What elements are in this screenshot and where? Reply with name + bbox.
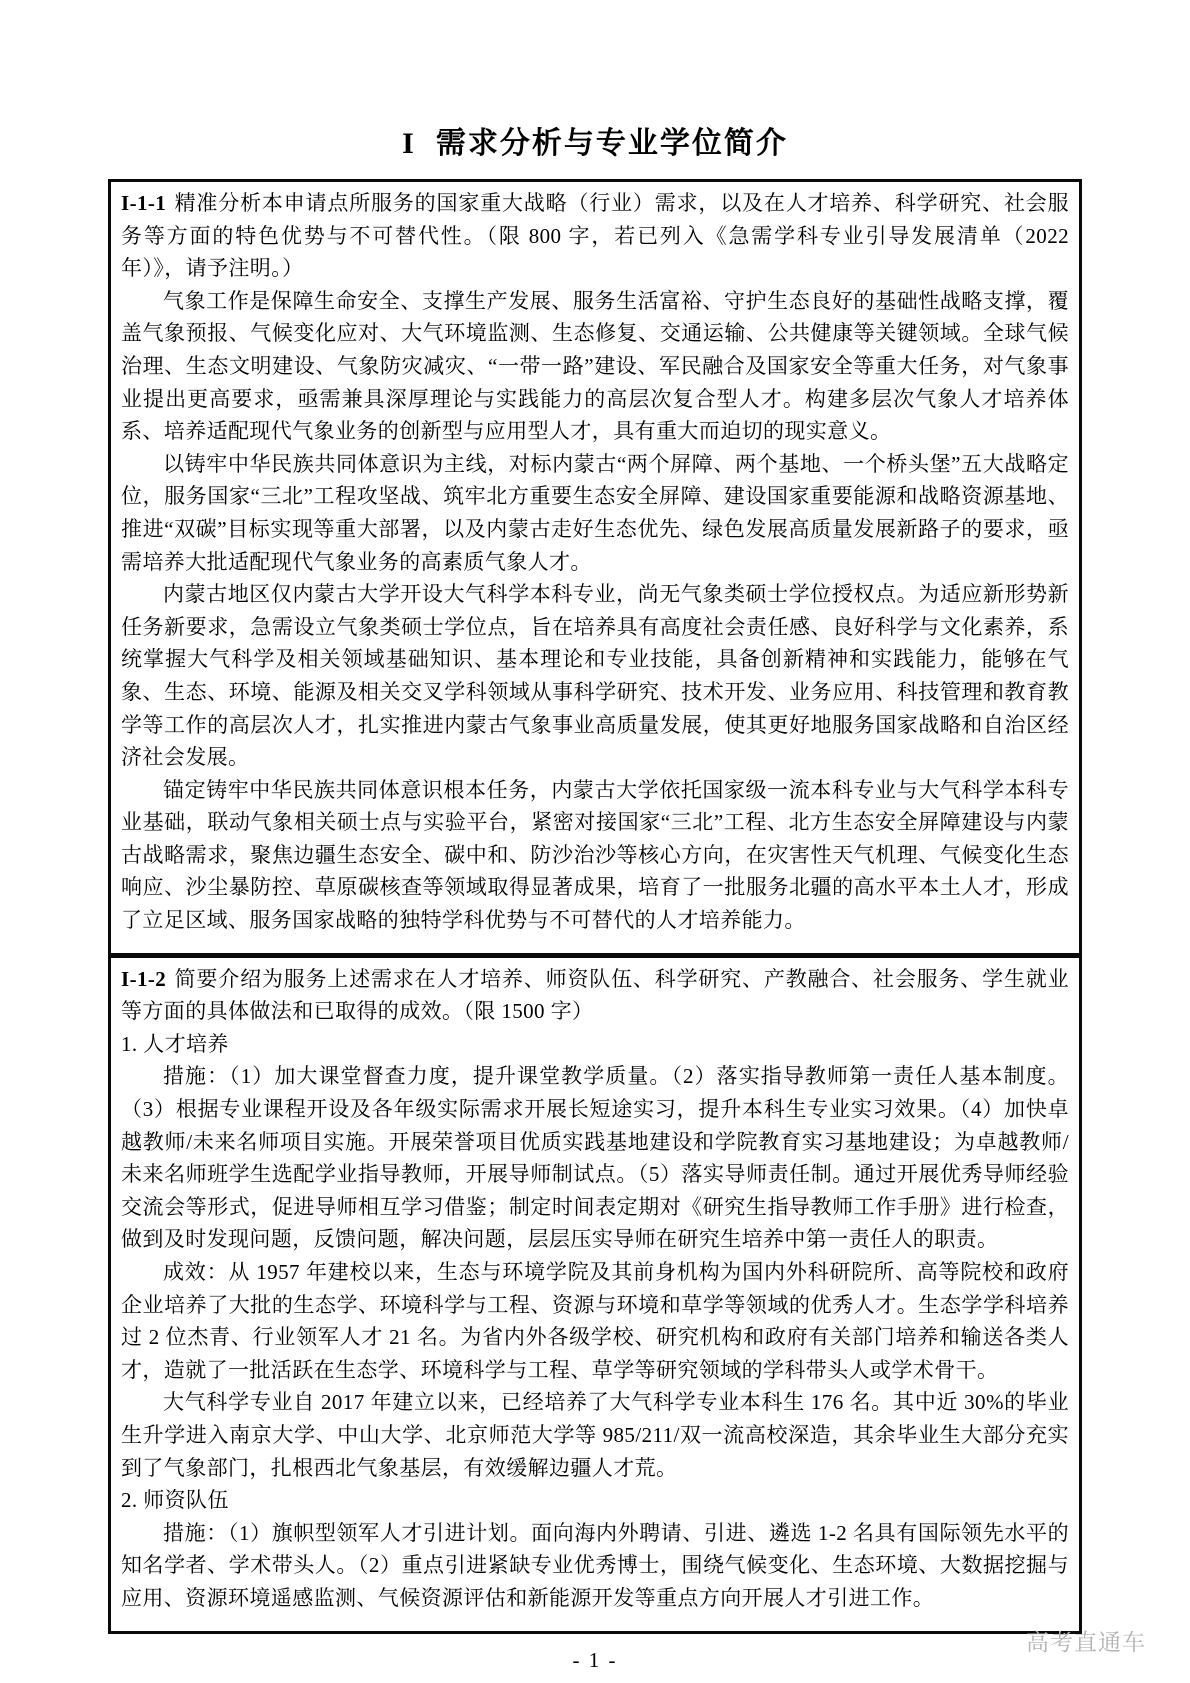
section-i-1-2-prompt-text: 简要介绍为服务上述需求在人才培养、师资队伍、科学研究、产教融合、社会服务、学生就… xyxy=(121,967,1069,1024)
section-i-1-2-prompt: I-1-2简要介绍为服务上述需求在人才培养、师资队伍、科学研究、产教融合、社会服… xyxy=(121,963,1069,1028)
section-box-i-1-2: I-1-2简要介绍为服务上述需求在人才培养、师资队伍、科学研究、产教融合、社会服… xyxy=(108,955,1082,1634)
title-numeral: I xyxy=(402,127,414,160)
page-title: I需求分析与专业学位简介 xyxy=(0,0,1190,162)
paragraph: 内蒙古地区仅内蒙古大学开设大气科学本科专业，尚无气象类硕士学位授权点。为适应新形… xyxy=(121,578,1069,774)
paragraph: 以铸牢中华民族共同体意识为主线，对标内蒙古“两个屏障、两个基地、一个桥头堡”五大… xyxy=(121,448,1069,578)
section-box-i-1-1: I-1-1精准分析本申请点所服务的国家重大战略（行业）需求，以及在人才培养、科学… xyxy=(108,179,1082,956)
section-i-1-1-prompt: I-1-1精准分析本申请点所服务的国家重大战略（行业）需求，以及在人才培养、科学… xyxy=(121,187,1069,285)
paragraph: 措施：（1）加大课堂督查力度，提升课堂教学质量。（2）落实指导教师第一责任人基本… xyxy=(121,1060,1069,1256)
title-text: 需求分析与专业学位简介 xyxy=(436,127,788,160)
paragraph: 成效：从 1957 年建校以来，生态与环境学院及其前身机构为国内外科研院所、高等… xyxy=(121,1256,1069,1386)
paragraph: 大气科学专业自 2017 年建立以来，已经培养了大气科学专业本科生 176 名。… xyxy=(121,1386,1069,1484)
section-i-1-1-prompt-text: 精准分析本申请点所服务的国家重大战略（行业）需求，以及在人才培养、科学研究、社会… xyxy=(121,191,1069,280)
subsection-heading-talent: 1. 人才培养 xyxy=(121,1028,1069,1061)
watermark: 高考直通车 xyxy=(1026,1624,1146,1657)
paragraph: 锚定铸牢中华民族共同体意识根本任务，内蒙古大学依托国家级一流本科专业与大气科学本… xyxy=(121,774,1069,937)
paragraph: 措施：（1）旗帜型领军人才引进计划。面向海内外聘请、引进、遴选 1-2 名具有国… xyxy=(121,1517,1069,1615)
document-page: I需求分析与专业学位简介 I-1-1精准分析本申请点所服务的国家重大战略（行业）… xyxy=(0,0,1190,1683)
section-i-1-1-label: I-1-1 xyxy=(121,191,166,215)
section-i-1-2-label: I-1-2 xyxy=(121,967,166,991)
subsection-heading-faculty: 2. 师资队伍 xyxy=(121,1484,1069,1517)
paragraph: 气象工作是保障生命安全、支撑生产发展、服务生活富裕、守护生态良好的基础性战略支撑… xyxy=(121,285,1069,448)
page-number: - 1 - xyxy=(0,1648,1190,1673)
